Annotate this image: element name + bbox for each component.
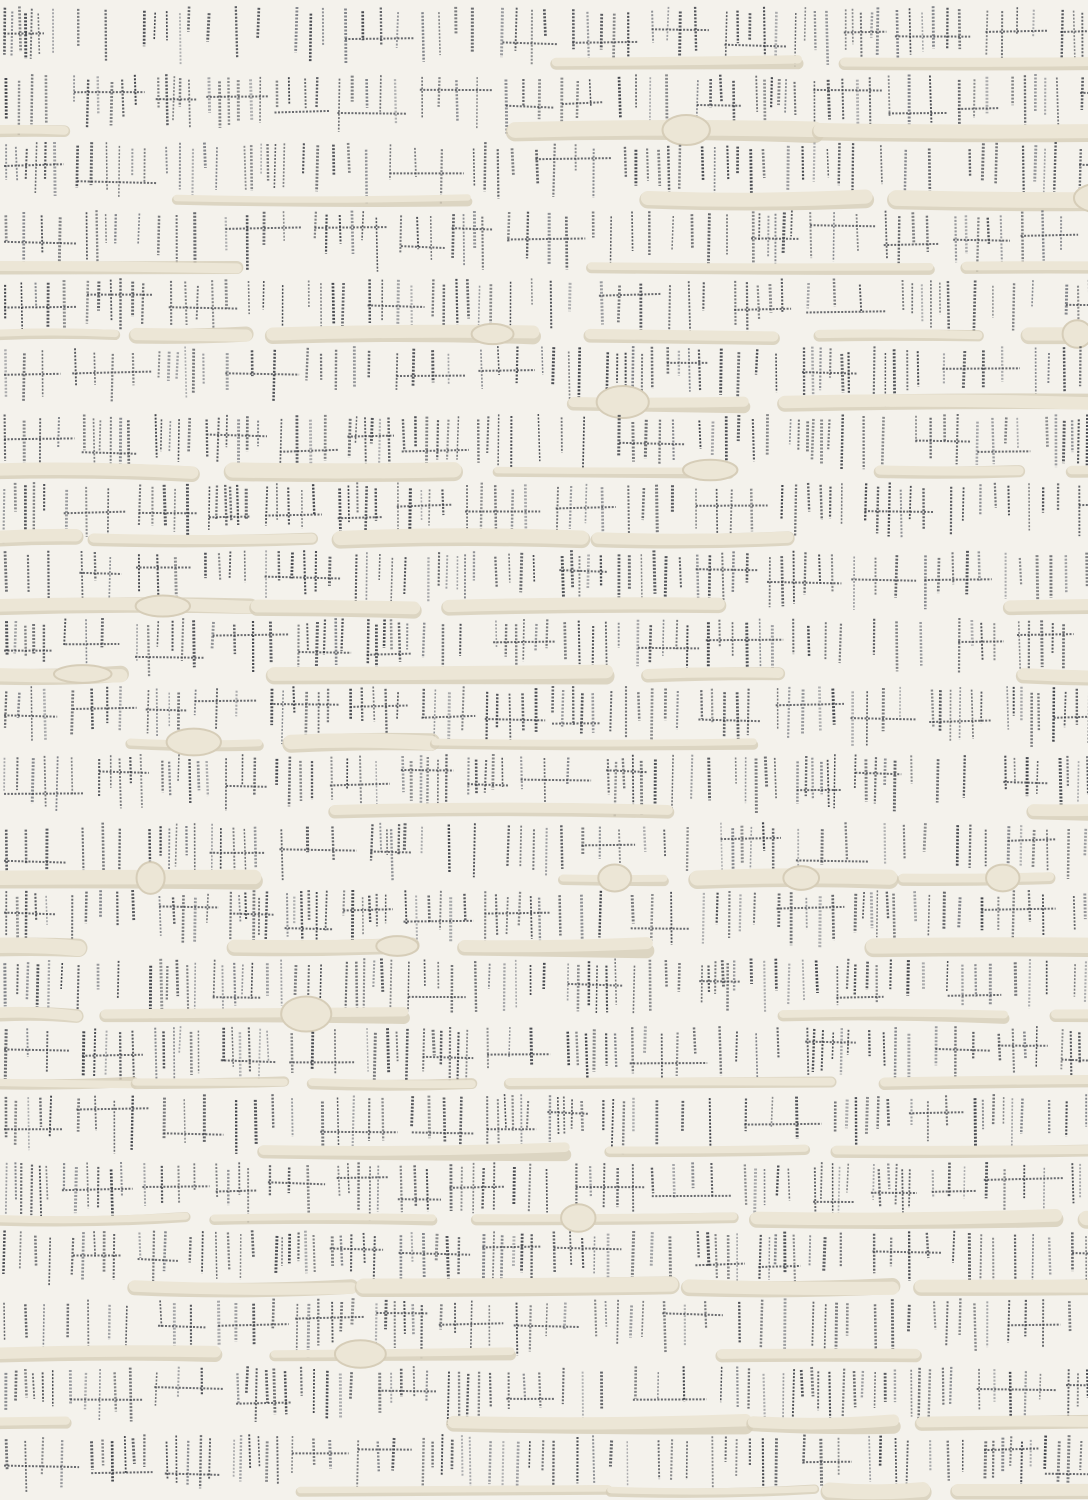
artwork-canvas	[0, 0, 1088, 1500]
painting-texture	[0, 0, 1088, 1500]
